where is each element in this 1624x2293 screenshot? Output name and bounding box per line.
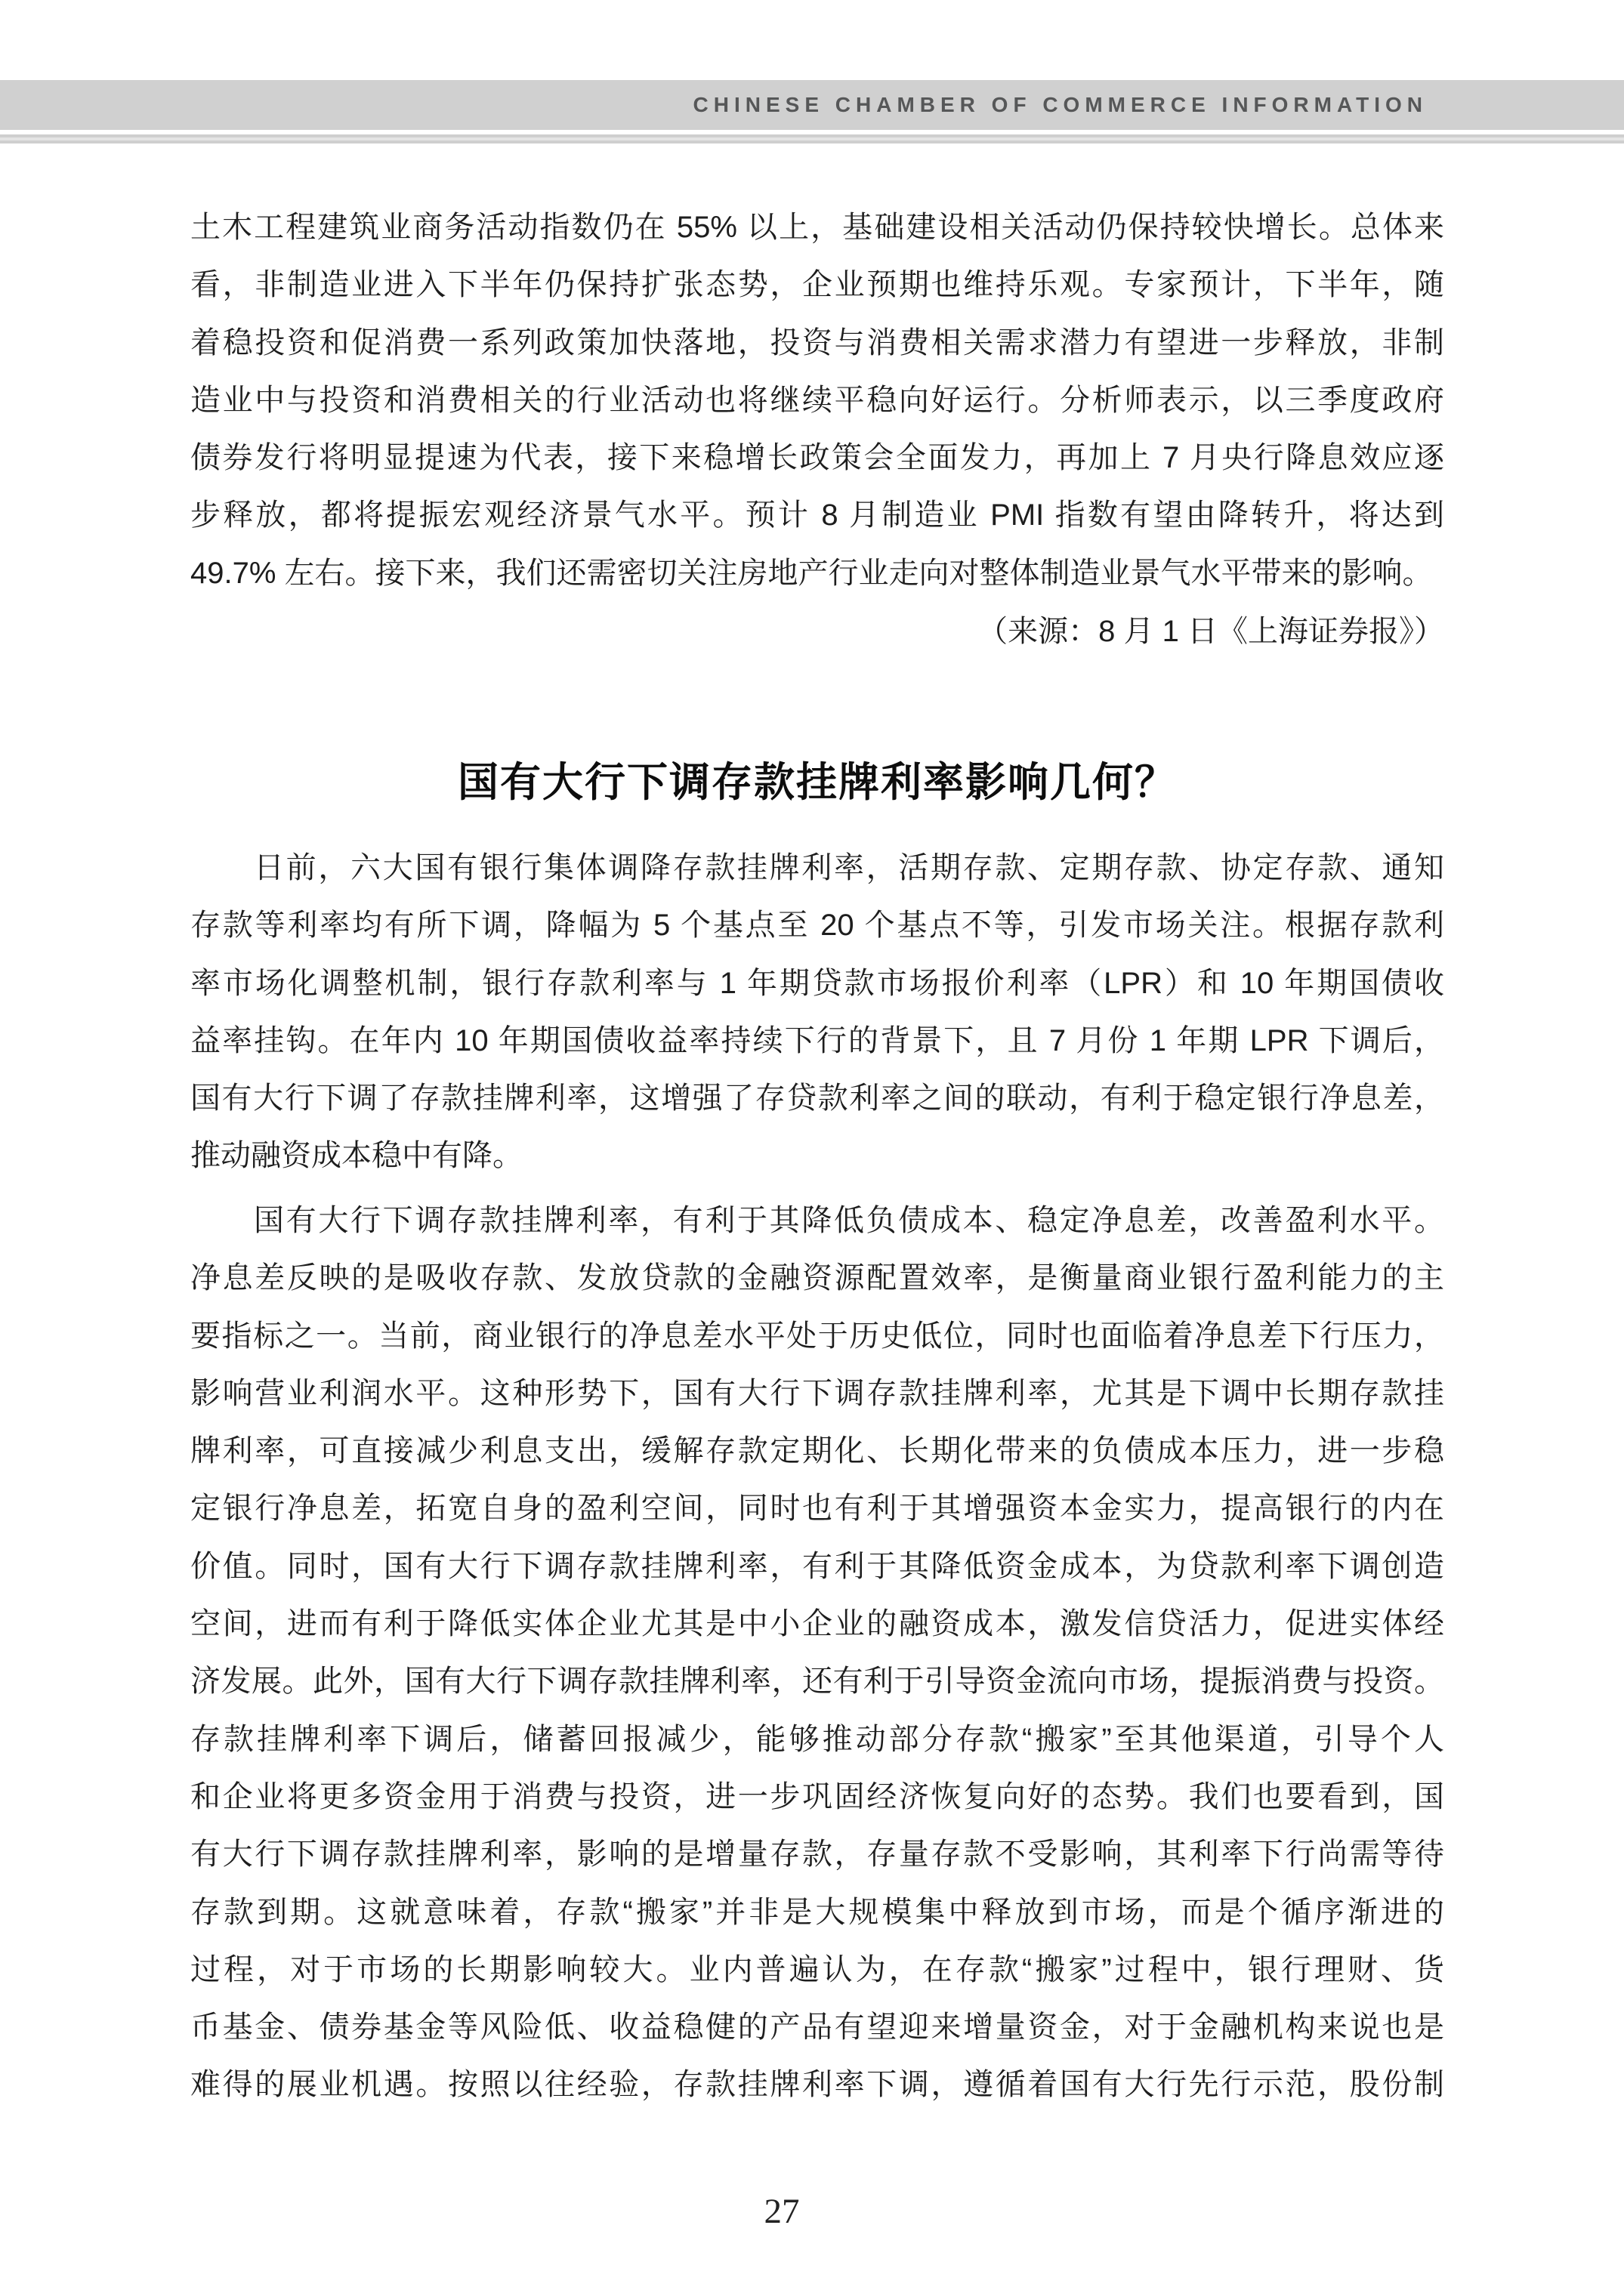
text-line: 49.7% 左右。接下来，我们还需密切关注房地产行业走向对整体制造业景气水平带来…: [190, 545, 1444, 602]
page-number: 27: [0, 2189, 1594, 2234]
text-line: 济发展。此外，国有大行下调存款挂牌利率，还有利于引导资金流向市场，提振消费与投资…: [190, 1653, 1444, 1710]
text-line: 日前，六大国有银行集体调降存款挂牌利率，活期存款、定期存款、协定存款、通知: [190, 839, 1444, 897]
document-page: { "header": { "banner_text": "CHINESE CH…: [0, 0, 1624, 2293]
text-line: 影响营业利润水平。这种形势下，国有大行下调存款挂牌利率，尤其是下调中长期存款挂: [190, 1365, 1444, 1422]
text-line: 存款等利率均有所下调，降幅为 5 个基点至 20 个基点不等，引发市场关注。根据…: [190, 897, 1444, 954]
text-line: 步释放，都将提振宏观经济景气水平。预计 8 月制造业 PMI 指数有望由降转升，…: [190, 486, 1444, 544]
text-line: 推动融资成本稳中有降。: [190, 1127, 1444, 1184]
text-line: 和企业将更多资金用于消费与投资，进一步巩固经济恢复向好的态势。我们也要看到，国: [190, 1768, 1444, 1825]
text-line: 土木工程建筑业商务活动指数仍在 55% 以上，基础建设相关活动仍保持较快增长。总…: [190, 199, 1444, 256]
text-line: 国有大行下调存款挂牌利率，有利于其降低负债成本、稳定净息差，改善盈利水平。: [190, 1192, 1444, 1249]
text-line: 价值。同时，国有大行下调存款挂牌利率，有利于其降低资金成本，为贷款利率下调创造: [190, 1538, 1444, 1595]
text-line: 存款挂牌利率下调后，储蓄回报减少，能够推动部分存款“搬家”至其他渠道，引导个人: [190, 1711, 1444, 1768]
header-banner-text: CHINESE CHAMBER OF COMMERCE INFORMATION: [693, 80, 1428, 130]
text-line: 存款到期。这就意味着，存款“搬家”并非是大规模集中释放到市场，而是个循序渐进的: [190, 1884, 1444, 1941]
text-line: 净息差反映的是吸收存款、发放贷款的金融资源配置效率，是衡量商业银行盈利能力的主: [190, 1249, 1444, 1307]
previous-article-paragraph: 土木工程建筑业商务活动指数仍在 55% 以上，基础建设相关活动仍保持较快增长。总…: [190, 199, 1444, 602]
article-title: 国有大行下调存款挂牌利率影响几何？: [190, 752, 1444, 813]
source-note: （来源：8 月 1 日《上海证券报》）: [190, 603, 1444, 660]
text-line: 债券发行将明显提速为代表，接下来稳增长政策会全面发力，再加上 7 月央行降息效应…: [190, 429, 1444, 486]
text-line: 有大行下调存款挂牌利率，影响的是增量存款，存量存款不受影响，其利率下行尚需等待: [190, 1825, 1444, 1883]
text-line: 造业中与投资和消费相关的行业活动也将继续平稳向好运行。分析师表示，以三季度政府: [190, 372, 1444, 429]
header-banner: CHINESE CHAMBER OF COMMERCE INFORMATION: [0, 80, 1624, 130]
text-line: 过程，对于市场的长期影响较大。业内普遍认为，在存款“搬家”过程中，银行理财、货: [190, 1941, 1444, 1998]
text-line: 空间，进而有利于降低实体企业尤其是中小企业的融资成本，激发信贷活力，促进实体经: [190, 1595, 1444, 1653]
text-line: 看，非制造业进入下半年仍保持扩张态势，企业预期也维持乐观。专家预计，下半年，随: [190, 256, 1444, 313]
text-line: 着稳投资和促消费一系列政策加快落地，投资与消费相关需求潜力有望进一步释放，非制: [190, 314, 1444, 372]
article-paragraph-2: 国有大行下调存款挂牌利率，有利于其降低负债成本、稳定净息差，改善盈利水平。净息差…: [190, 1192, 1444, 2114]
text-line: 牌利率，可直接减少利息支出，缓解存款定期化、长期化带来的负债成本压力，进一步稳: [190, 1422, 1444, 1480]
text-line: 益率挂钩。在年内 10 年期国债收益率持续下行的背景下，且 7 月份 1 年期 …: [190, 1012, 1444, 1069]
text-line: 国有大行下调了存款挂牌利率，这增强了存贷款利率之间的联动，有利于稳定银行净息差，: [190, 1069, 1444, 1127]
article-paragraph-1: 日前，六大国有银行集体调降存款挂牌利率，活期存款、定期存款、协定存款、通知存款等…: [190, 839, 1444, 1185]
header-divider: [0, 134, 1624, 144]
text-line: 率市场化调整机制，银行存款利率与 1 年期贷款市场报价利率（LPR）和 10 年…: [190, 955, 1444, 1012]
text-line: 定银行净息差，拓宽自身的盈利空间，同时也有利于其增强资本金实力，提高银行的内在: [190, 1480, 1444, 1537]
text-line: 要指标之一。当前，商业银行的净息差水平处于历史低位，同时也面临着净息差下行压力，: [190, 1307, 1444, 1365]
text-line: 难得的展业机遇。按照以往经验，存款挂牌利率下调，遵循着国有大行先行示范，股份制: [190, 2056, 1444, 2113]
text-line: 币基金、债券基金等风险低、收益稳健的产品有望迎来增量资金，对于金融机构来说也是: [190, 1998, 1444, 2056]
